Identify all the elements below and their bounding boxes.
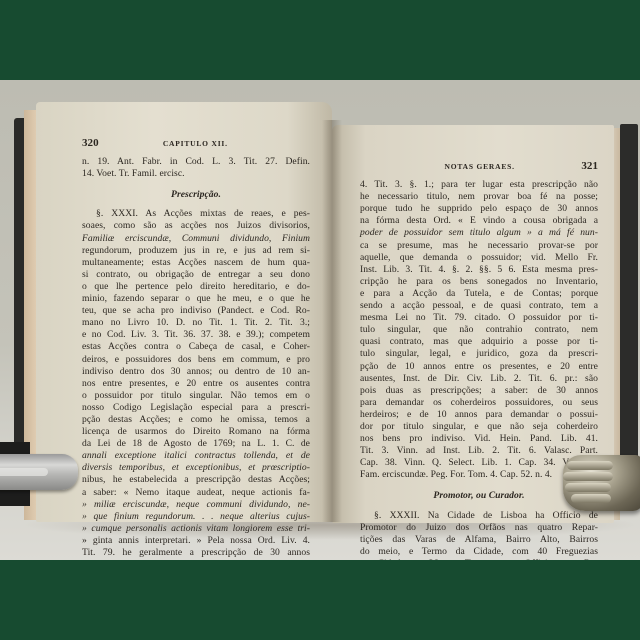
text-line: n. 19. Ant. Fabr. in Cod. L. 3. Tit. 27.… xyxy=(82,156,310,168)
text-line: poder de possuidor sem titulo algum » a … xyxy=(360,227,598,239)
text-line: » cumque personalis actionis vitam longi… xyxy=(82,523,310,535)
text-line: » que finium regundorum. . . neque alter… xyxy=(82,511,310,523)
text-line: » miliæ erciscundæ, neque communi dividu… xyxy=(82,499,310,511)
text-line: » ginta annis interpretari. » Pela nossa… xyxy=(82,535,310,547)
text-line: tulo singular, legal, e juridico, goza d… xyxy=(360,348,598,360)
text-line: nos entre presentes, e 20 entre os ausen… xyxy=(82,378,310,390)
text-line: soaes, como são as acções nos Juizos div… xyxy=(82,220,310,232)
text-line: sendo a acção pessoal, e de quasi contra… xyxy=(360,300,598,312)
text-line: o possuidor por titulo singular. Não tem… xyxy=(82,390,310,402)
text-line: e para a Acção da Tutela, e de Contas; p… xyxy=(360,288,598,300)
right-running-title: NOTAS GERAES. xyxy=(445,161,515,173)
text-line: pção de 10 annos entre os presentes, e 2… xyxy=(360,361,598,373)
text-line: pois duas as prescripções; a saber: de 3… xyxy=(360,385,598,397)
left-page-number: 320 xyxy=(82,137,99,149)
clip-highlight xyxy=(0,468,48,476)
text-line: da Lei de 18 de Agosto de 1769; na L. 1.… xyxy=(82,438,310,450)
text-line: 14. Voet. Tr. Famil. ercisc. xyxy=(82,168,310,180)
text-line: Tit. 3. Vinn. ad Inst. Lib. 2. Tit. 6. V… xyxy=(360,445,598,457)
text-line: Inst. Lib. 3. Tit. 4. §. 2. §§. 5 6. Est… xyxy=(360,264,598,276)
text-line: pção destas Acções; e como he omissa, te… xyxy=(82,414,310,426)
text-line: tulo singular, que não contrahio contrat… xyxy=(360,324,598,336)
text-line: nosso Codigo Legislação especial para a … xyxy=(82,402,310,414)
metal-hand-page-weight xyxy=(563,455,640,511)
text-line: quasi contrato, mas que adquirio a posse… xyxy=(360,336,598,348)
text-line: mesma Lei no Tit. 79. citado. O possuido… xyxy=(360,312,598,324)
text-line: teu, que se acha pro indiviso (Pandect. … xyxy=(82,305,310,317)
book-gutter xyxy=(322,120,342,522)
hand-finger xyxy=(567,461,613,470)
text-line: nibus, he estabelecida a prescripção des… xyxy=(82,474,310,486)
text-line: ca se presume, mas he necessario provar-… xyxy=(360,240,598,252)
text-line: porque tudo he supprido pelo espaço de 3… xyxy=(360,203,598,215)
left-page-text: 320 CAPITULO XII. n. 19. Ant. Fabr. in C… xyxy=(82,137,310,560)
text-line: e no Cod. Liv. 3. Tit. 36. 37. 38. e 39.… xyxy=(82,329,310,341)
text-line: dor por titulo singular, e que não seja … xyxy=(360,421,598,433)
text-line: Cap. 38. Vinn. Q. Select. Lib. 1. Cap. 3… xyxy=(360,457,598,469)
text-line: diversis temporibus, et exceptionibus, e… xyxy=(82,462,310,474)
text-line: mano no Livro 10. D. no Tit. 1. Tit. 2. … xyxy=(82,317,310,329)
text-line: aquelle, que demanda o possuidor; vid. M… xyxy=(360,252,598,264)
text-line: minio, fazendo separar o que he meu, e o… xyxy=(82,293,310,305)
hand-finger xyxy=(571,494,611,503)
text-line: annali exceptione italici contractus tol… xyxy=(82,450,310,462)
text-line: si contrato, ou obrigação de entregar a … xyxy=(82,269,310,281)
text-line: §. XXXII. Na Cidade de Lisboa ha Officio… xyxy=(360,510,598,522)
book-cover-right xyxy=(620,124,638,504)
text-line: 4. Tit. 3. §. 1.; para ter lugar esta pr… xyxy=(360,179,598,191)
left-running-head: 320 CAPITULO XII. xyxy=(82,137,310,150)
text-line: cripção he para os bens sonegados no Inv… xyxy=(360,276,598,288)
right-page-number: 321 xyxy=(581,160,598,172)
text-line: regundorum, produzem jus in re, e jus ad… xyxy=(82,245,310,257)
text-line: he necessario titulo, nem provar boa fé … xyxy=(360,191,598,203)
text-line: o que lhe pertence pelo direito heredita… xyxy=(82,281,310,293)
text-line: estas Acções contra o Cabeça de casal, e… xyxy=(82,341,310,353)
hand-finger xyxy=(563,472,613,481)
text-line: licença de usarmos do Direito Romano na … xyxy=(82,426,310,438)
text-line: indiviso dentro dos 30 annos; ou dentro … xyxy=(82,366,310,378)
text-line: para demandar os coherdeiros possuidores… xyxy=(360,397,598,409)
text-line: ausentes, Inst. de Dir. Civ. Lib. 2. Tit… xyxy=(360,373,598,385)
text-line: herdeiros; e de 10 annos para demandar o… xyxy=(360,409,598,421)
left-running-title: CAPITULO XII. xyxy=(163,138,228,150)
text-line: Tit. 79. he geralmente a prescripção de … xyxy=(82,547,310,559)
text-line: a saber: « Nemo itaque audeat, neque act… xyxy=(82,487,310,499)
bottom-frame-band xyxy=(0,560,640,640)
right-page-text: NOTAS GERAES. 321 4. Tit. 3. §. 1.; para… xyxy=(360,160,598,560)
text-line: deiros, e possuidores dos bens em commum… xyxy=(82,354,310,366)
top-frame-band xyxy=(0,0,640,80)
right-running-head: NOTAS GERAES. 321 xyxy=(360,160,598,173)
hand-finger xyxy=(565,483,611,492)
text-line: multaneamente; estas Acções nascem de hu… xyxy=(82,257,310,269)
section-heading-prescripcao: Prescripção. xyxy=(82,189,310,201)
text-line: Promotor do Juizo dos Orfãos nas quatro … xyxy=(360,522,598,534)
text-line: tições das Varas de Alfama, Bairro Alto,… xyxy=(360,534,598,546)
text-line: §. XXXI. As Acções mixtas de reaes, e pe… xyxy=(82,208,310,220)
text-line: do meio, e Termo da Cidade, com 40 Fregu… xyxy=(360,546,598,558)
photo-scene: 320 CAPITULO XII. n. 19. Ant. Fabr. in C… xyxy=(0,80,640,560)
text-line: Familiæ erciscundæ, Communi dividundo, F… xyxy=(82,233,310,245)
text-line: na fórma desta Ord. « E vindo a cousa ob… xyxy=(360,215,598,227)
text-line: nos bens pro indiviso. Vid. Hein. Pand. … xyxy=(360,433,598,445)
